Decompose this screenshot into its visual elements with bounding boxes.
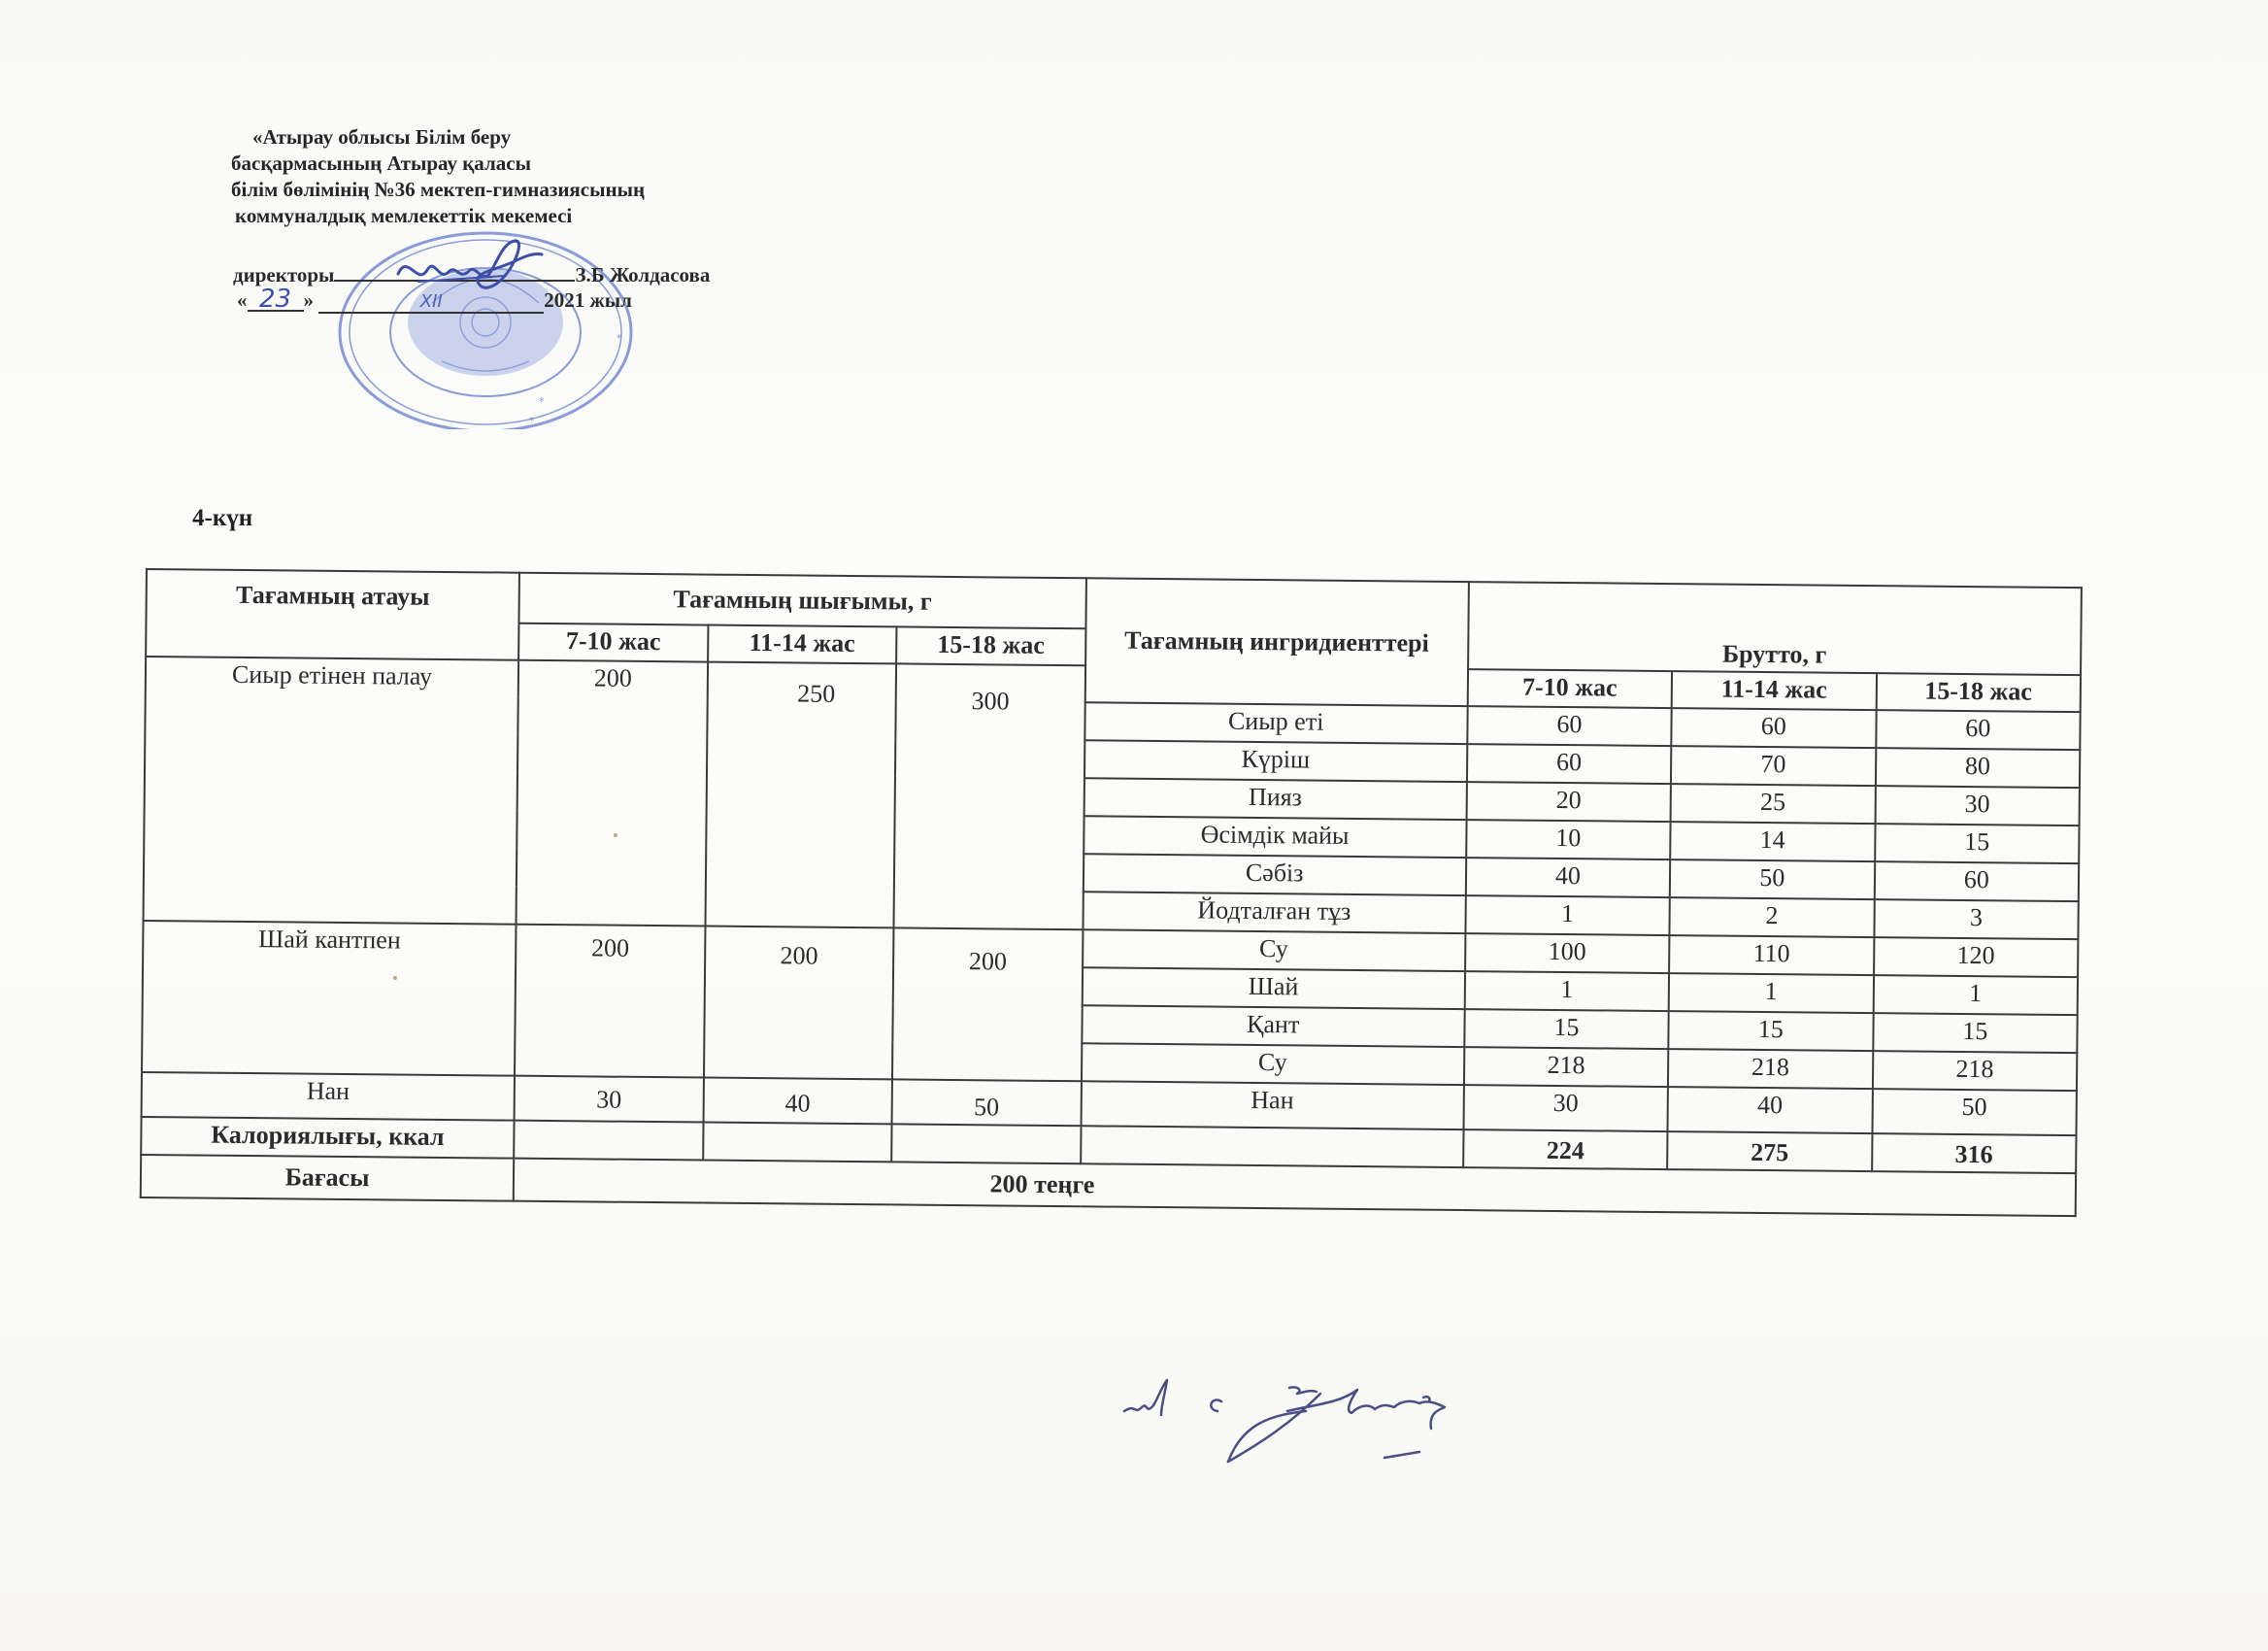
director-signature-icon — [388, 233, 563, 311]
ingredient-name: Қант — [1082, 1005, 1465, 1047]
ingredient-name: Өсімдік майы — [1084, 816, 1467, 858]
dish-name-cell: Нан — [142, 1072, 516, 1121]
svg-text:*: * — [539, 395, 545, 408]
brutto-cell: 50 — [1670, 859, 1875, 899]
header-ingredients: Тағамның ингридиенттері — [1084, 578, 1468, 706]
brutto-cell: 218 — [1872, 1051, 2077, 1091]
date-day: 23 — [248, 288, 304, 312]
ingredient-name: Шай — [1082, 967, 1465, 1009]
header-brutto-age-11-14: 11-14 жас — [1672, 671, 1877, 710]
brutto-cell: 40 — [1668, 1087, 1873, 1133]
date-open-quote: « — [237, 288, 248, 312]
ingredient-name: Күріш — [1084, 740, 1468, 782]
brutto-cell: 1 — [1464, 971, 1669, 1011]
header-dish-name: Тағамның атауы — [146, 569, 519, 660]
brutto-cell: 15 — [1668, 1011, 1873, 1051]
approval-line-2: басқармасының Атырау қаласы — [231, 151, 645, 177]
brutto-cell: 218 — [1668, 1049, 1873, 1089]
brutto-cell: 1 — [1873, 975, 2078, 1015]
handwritten-signature-icon — [1097, 1355, 1466, 1471]
header-yield-age-15-18: 15-18 жас — [896, 626, 1085, 665]
calories-value: 316 — [1872, 1133, 2077, 1173]
dish-yield-cell: 200 — [892, 927, 1083, 1081]
dish-yield-cell: 200 — [704, 927, 894, 1080]
date-close-quote: » — [304, 288, 315, 312]
brutto-cell: 50 — [1872, 1089, 2077, 1135]
brutto-cell: 10 — [1466, 820, 1671, 859]
brutto-cell: 100 — [1465, 933, 1670, 973]
brutto-cell: 60 — [1876, 710, 2081, 750]
header-brutto-age-15-18: 15-18 жас — [1876, 673, 2081, 712]
calories-value: 275 — [1667, 1131, 1872, 1171]
calories-label: Калориялығы, ккал — [141, 1117, 515, 1159]
scan-speck — [393, 976, 397, 980]
header-yield-age-7-10: 7-10 жас — [518, 623, 708, 662]
price-label: Бағасы — [141, 1155, 515, 1201]
svg-text:*: * — [529, 415, 535, 427]
dish-name-cell: Шай кантпен — [142, 921, 517, 1076]
dish-yield-cell: 200 — [515, 925, 705, 1078]
day-title: 4-күн — [192, 505, 252, 532]
brutto-cell: 60 — [1467, 744, 1672, 784]
director-label: директоры — [233, 263, 334, 286]
svg-text:*: * — [617, 332, 622, 345]
header-brutto: Брутто, г — [1468, 582, 2082, 675]
dish-yield-cell: 50 — [892, 1079, 1082, 1126]
brutto-cell: 70 — [1671, 746, 1876, 786]
brutto-cell: 110 — [1669, 935, 1874, 975]
ingredient-name: Пияз — [1084, 778, 1467, 820]
brutto-cell: 120 — [1874, 937, 2079, 977]
brutto-cell: 15 — [1873, 1013, 2078, 1053]
empty-cell — [514, 1121, 703, 1161]
approval-block: «Атырау облысы Білім беру басқармасының … — [231, 124, 645, 229]
dish-yield-cell: 200 — [517, 660, 708, 927]
ingredient-name: Су — [1082, 1043, 1465, 1085]
approval-line-4: коммуналдық мемлекеттік мекемесі — [231, 203, 645, 229]
brutto-cell: 3 — [1874, 899, 2079, 939]
director-name: З.Б Жолдасова — [575, 263, 710, 286]
brutto-cell: 20 — [1466, 782, 1671, 822]
ingredient-name: Сиыр еті — [1084, 702, 1468, 744]
ingredient-name: Су — [1083, 929, 1466, 971]
brutto-cell: 60 — [1874, 861, 2079, 901]
dish-yield-cell: 250 — [705, 662, 896, 928]
dish-yield-cell: 300 — [894, 663, 1085, 929]
brutto-cell: 30 — [1463, 1085, 1668, 1131]
header-brutto-age-7-10: 7-10 жас — [1467, 669, 1672, 708]
brutto-cell: 25 — [1671, 784, 1876, 824]
approval-line-1: «Атырау облысы Білім беру — [231, 124, 645, 151]
dish-name-cell: Сиыр етінен палау — [144, 657, 519, 925]
brutto-cell: 14 — [1670, 822, 1875, 861]
empty-cell — [703, 1123, 892, 1162]
brutto-cell: 15 — [1875, 824, 2080, 863]
menu-table: Тағамның атауы Тағамның шығымы, г Тағамн… — [140, 568, 2083, 1217]
calories-value: 224 — [1463, 1129, 1668, 1169]
brutto-cell: 1 — [1465, 895, 1670, 935]
scan-edge — [0, 1593, 2268, 1651]
empty-cell — [1081, 1126, 1464, 1167]
brutto-cell: 60 — [1467, 706, 1672, 746]
ingredient-name: Нан — [1081, 1081, 1464, 1129]
ingredient-name: Сәбіз — [1083, 854, 1466, 895]
brutto-cell: 15 — [1464, 1009, 1669, 1049]
brutto-cell: 80 — [1875, 748, 2080, 788]
dish-yield-cell: 40 — [703, 1078, 892, 1125]
brutto-cell: 1 — [1669, 973, 1874, 1013]
brutto-cell: 60 — [1671, 708, 1876, 748]
approval-line-3: білім бөлімінің №36 мектеп-гимназиясының — [231, 177, 645, 203]
header-yield-age-11-14: 11-14 жас — [708, 625, 897, 664]
ingredient-name: Йодталған тұз — [1083, 892, 1466, 933]
dish-yield-cell: 30 — [515, 1076, 704, 1123]
scan-speck — [614, 833, 617, 837]
brutto-cell: 2 — [1670, 897, 1875, 937]
brutto-cell: 218 — [1464, 1047, 1669, 1087]
empty-cell — [891, 1124, 1081, 1163]
brutto-cell: 30 — [1875, 786, 2080, 825]
brutto-cell: 40 — [1466, 858, 1671, 897]
header-yield: Тағамның шығымы, г — [519, 573, 1086, 629]
